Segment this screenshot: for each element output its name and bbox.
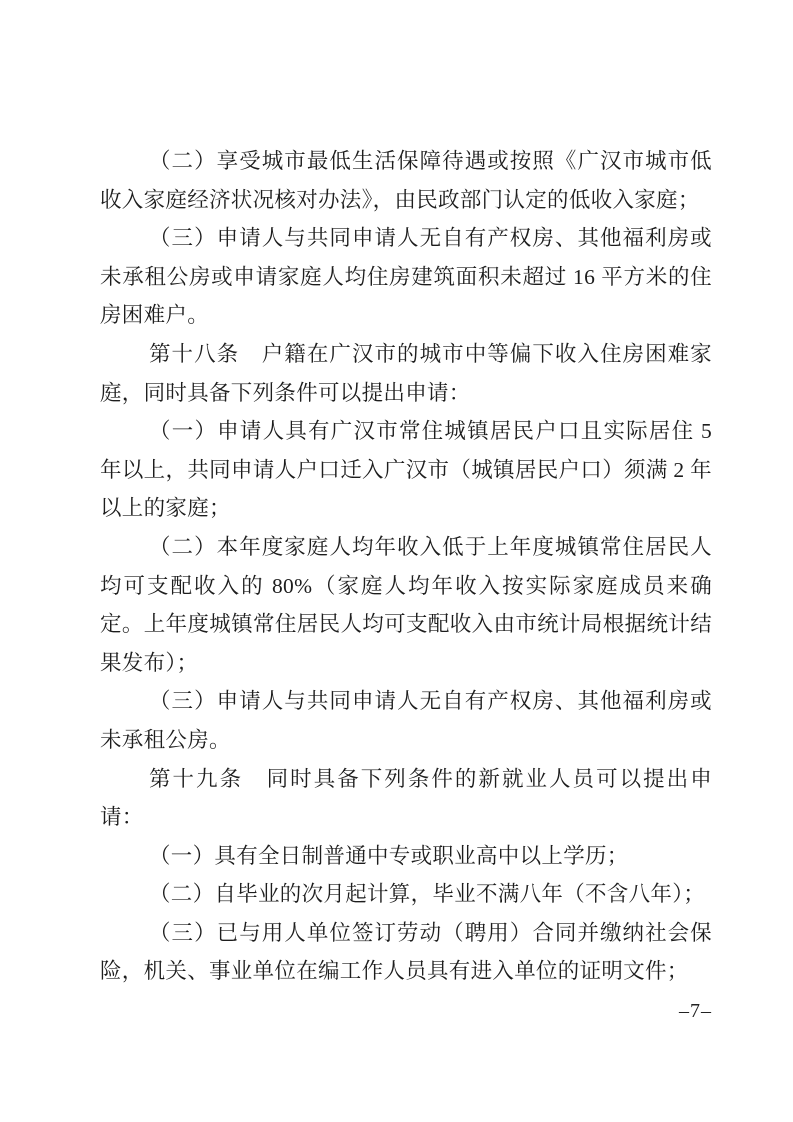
body-paragraph-clause-2: （二）享受城市最低生活保障待遇或按照《广汉市城市低收入家庭经济状况核对办法》，由… — [100, 142, 712, 219]
body-paragraph-18-clause-1: （一）申请人具有广汉市常住城镇居民户口且实际居住 5 年以上，共同申请人户口迁入… — [100, 412, 712, 528]
article-19-paragraph: 第十九条 同时具备下列条件的新就业人员可以提出申请： — [100, 760, 712, 837]
document-body: （二）享受城市最低生活保障待遇或按照《广汉市城市低收入家庭经济状况核对办法》，由… — [100, 142, 712, 991]
body-paragraph-18-clause-2: （二）本年度家庭人均年收入低于上年度城镇常住居民人均可支配收入的 80%（家庭人… — [100, 528, 712, 682]
body-paragraph-clause-3: （三）申请人与共同申请人无自有产权房、其他福利房或未承租公房或申请家庭人均住房建… — [100, 219, 712, 335]
body-paragraph-18-clause-3: （三）申请人与共同申请人无自有产权房、其他福利房或未承租公房。 — [100, 682, 712, 759]
article-18-paragraph: 第十八条 户籍在广汉市的城市中等偏下收入住房困难家庭，同时具备下列条件可以提出申… — [100, 335, 712, 412]
document-page: （二）享受城市最低生活保障待遇或按照《广汉市城市低收入家庭经济状况核对办法》，由… — [0, 0, 793, 1122]
page-number: –7– — [100, 1000, 712, 1023]
body-paragraph-19-clause-2: （二）自毕业的次月起计算，毕业不满八年（不含八年）； — [100, 875, 712, 914]
body-paragraph-19-clause-3: （三）已与用人单位签订劳动（聘用）合同并缴纳社会保险，机关、事业单位在编工作人员… — [100, 914, 712, 991]
body-paragraph-19-clause-1: （一）具有全日制普通中专或职业高中以上学历； — [100, 837, 712, 876]
